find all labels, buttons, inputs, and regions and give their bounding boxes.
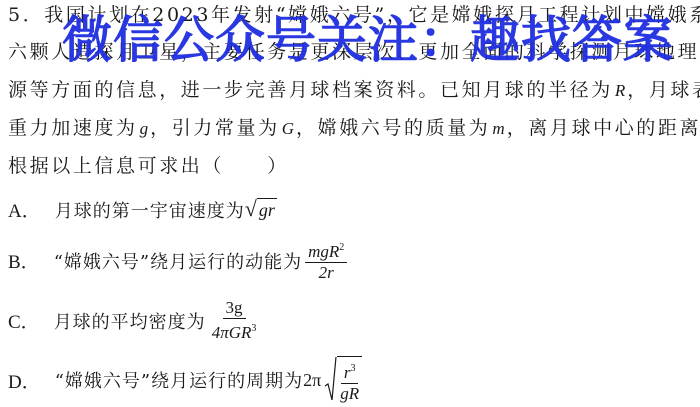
option-d-letter: D． [8, 367, 41, 394]
line-4-text: 重力加速度为 [8, 117, 138, 139]
line-3-tail: ，月球表面的 [627, 79, 700, 101]
option-d-numerator-exponent: 3 [350, 363, 355, 374]
option-d[interactable]: D． “嫦娥六号”绕月运行的周期为 2π r3 gR [8, 356, 362, 404]
option-c-denominator-exponent: 3 [251, 323, 256, 334]
question-line-4: 重力加速度为g，引力常量为G，嫦娥六号的质量为m，离月球中心的距离为r。 [8, 116, 700, 141]
option-b-numerator: mgR2 [305, 238, 347, 263]
mass-variable: m [492, 119, 504, 138]
option-c[interactable]: C． 月球的平均密度为 3g 4πGR3 [8, 298, 259, 343]
option-a-letter: A． [8, 196, 41, 223]
option-a-radicand: gr [257, 198, 277, 221]
option-a-formula: √gr [245, 198, 277, 221]
option-b-numerator-exponent: 2 [339, 242, 344, 253]
question-line-5: 根据以上信息可求出（ ） [8, 154, 289, 178]
option-a[interactable]: A． 月球的第一宇宙速度为 √gr [8, 196, 277, 223]
option-b-formula: mgR2 2r [305, 238, 347, 283]
option-c-text: 月球的平均密度为 [54, 308, 206, 334]
option-c-formula: 3g 4πGR3 [209, 298, 260, 343]
option-b-text: “嫦娥六号”绕月运行的动能为 [54, 248, 302, 274]
line-4-mid2: ，嫦娥六号的质量为 [296, 117, 490, 139]
option-c-letter: C． [8, 307, 40, 334]
option-c-numerator: 3g [223, 298, 246, 319]
option-b-letter: B． [8, 247, 40, 274]
sqrt-icon [325, 356, 337, 402]
option-c-denominator-text: 4πGR [212, 323, 252, 342]
option-d-fraction: r3 gR [337, 356, 362, 404]
option-d-coefficient: 2π [303, 370, 321, 391]
question-line-3: 源等方面的信息，进一步完善月球档案资料。已知月球的半径为R，月球表面的 [8, 78, 700, 103]
option-d-denominator: gR [337, 384, 362, 404]
line-4-mid3: ，离月球中心的距离为 [507, 117, 700, 139]
line-4-mid1: ，引力常量为 [150, 117, 280, 139]
radius-variable: R [615, 81, 625, 100]
gravity-variable: g [140, 119, 149, 138]
option-d-formula: 2π r3 gR [303, 356, 362, 404]
option-d-numerator: r3 [341, 359, 359, 384]
watermark: 微信公众号关注：趣找答案 [62, 12, 674, 68]
question-page: 5．我国计划在2023年发射“嫦娥六号”，它是嫦娥探月工程计划中嫦娥系列的第 六… [0, 0, 700, 407]
option-b-numerator-text: mgR [308, 242, 339, 261]
option-d-sqrt: r3 gR [325, 356, 362, 404]
option-c-denominator: 4πGR3 [209, 319, 260, 343]
line-3-text: 源等方面的信息，进一步完善月球档案资料。已知月球的半径为 [8, 79, 613, 101]
sqrt-icon: √ [245, 198, 257, 221]
option-a-text: 月球的第一宇宙速度为 [55, 197, 245, 223]
option-b[interactable]: B． “嫦娥六号”绕月运行的动能为 mgR2 2r [8, 238, 347, 283]
gravitational-constant-variable: G [282, 119, 294, 138]
option-b-denominator: 2r [316, 263, 337, 283]
option-d-text: “嫦娥六号”绕月运行的周期为 [55, 367, 303, 393]
